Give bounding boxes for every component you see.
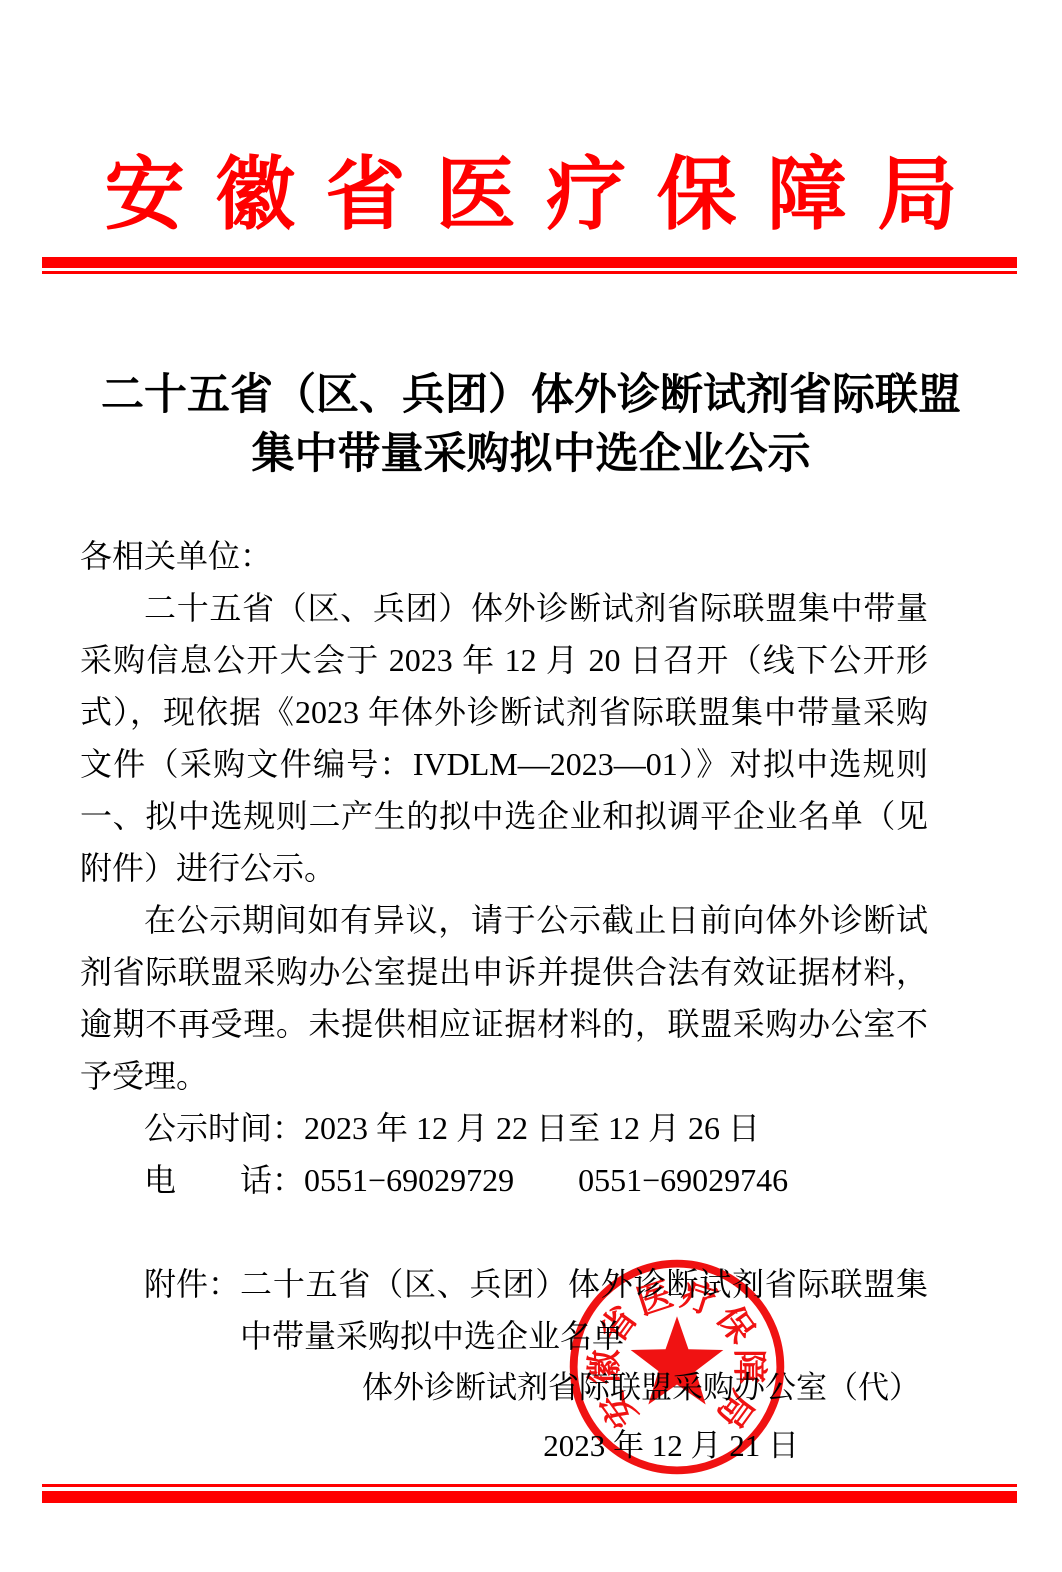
- agency-masthead: 安徽省医疗保障局: [0, 146, 1062, 246]
- phone-number-2: 0551−69029746: [578, 1162, 788, 1198]
- attachment-label: 附件：: [144, 1258, 240, 1310]
- document-page: 安徽省医疗保障局 二十五省（区、兵团）体外诊断试剂省际联盟 集中带量采购拟中选企…: [0, 0, 1062, 1572]
- document-body: 各相关单位： 二十五省（区、兵团）体外诊断试剂省际联盟集中带量采购信息公开大会于…: [80, 530, 928, 1362]
- document-title-line-1: 二十五省（区、兵团）体外诊断试剂省际联盟: [0, 366, 1062, 425]
- footer-rule-thick: [42, 1491, 1017, 1503]
- paragraph-announcement: 二十五省（区、兵团）体外诊断试剂省际联盟集中带量采购信息公开大会于 2023 年…: [80, 582, 928, 894]
- official-seal: 安 徽 省 医 疗 保 障 局: [560, 1250, 794, 1484]
- document-title: 二十五省（区、兵团）体外诊断试剂省际联盟 集中带量采购拟中选企业公示: [0, 366, 1062, 484]
- phone-number-1: 0551−69029729: [304, 1162, 514, 1198]
- paragraph-objection: 在公示期间如有异议，请于公示截止日前向体外诊断试剂省际联盟采购办公室提出申诉并提…: [80, 894, 928, 1102]
- header-double-rule: [42, 257, 1017, 274]
- seal-char: 疗: [677, 1275, 722, 1323]
- document-title-line-2: 集中带量采购拟中选企业公示: [0, 425, 1062, 484]
- header-rule-thick: [42, 257, 1017, 268]
- star-icon: [631, 1316, 724, 1404]
- seal-char: 省: [593, 1299, 645, 1350]
- footer-double-rule: [42, 1484, 1017, 1503]
- seal-char: 安: [593, 1384, 645, 1435]
- footer-rule-thin: [42, 1484, 1017, 1487]
- seal-char: 局: [709, 1384, 761, 1435]
- publicity-period-label: 公示时间：: [144, 1110, 304, 1146]
- publicity-period-value: 2023 年 12 月 22 日至 12 月 26 日: [304, 1110, 760, 1146]
- publicity-period-line: 公示时间：2023 年 12 月 22 日至 12 月 26 日: [80, 1102, 928, 1154]
- seal-char: 障: [729, 1349, 768, 1384]
- seal-char: 医: [632, 1275, 677, 1323]
- seal-char: 徽: [586, 1349, 625, 1384]
- header-rule-thin: [42, 271, 1017, 274]
- attachment-block: 附件： 二十五省（区、兵团）体外诊断试剂省际联盟集中带量采购拟中选企业名单: [80, 1258, 928, 1362]
- seal-char: 保: [709, 1299, 761, 1350]
- phone-label: 电 话：: [144, 1162, 304, 1198]
- phone-line: 电 话：0551−690297290551−69029746: [80, 1154, 928, 1206]
- salutation: 各相关单位：: [80, 530, 928, 582]
